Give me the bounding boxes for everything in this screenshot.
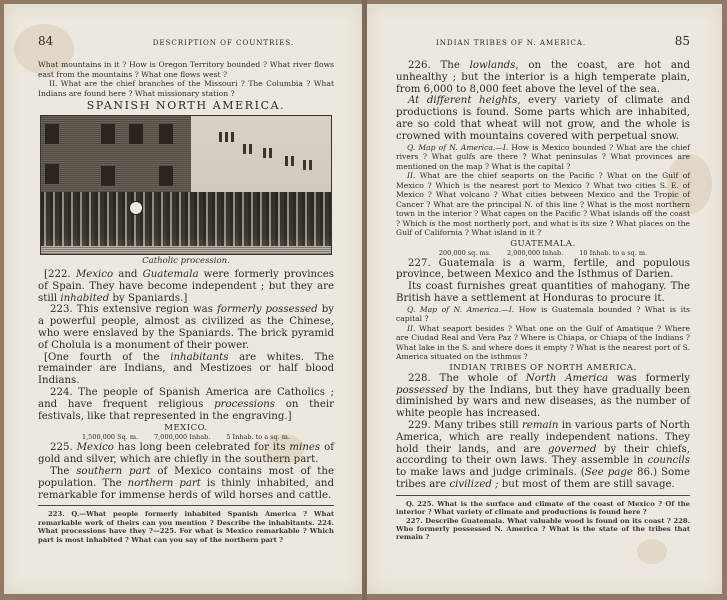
mexico-map-questions-1: Q. Map of N. America.—I. How is Mexico b…	[396, 143, 690, 172]
footnote-rule	[396, 495, 690, 496]
paragraph-229: 229. Many tribes still remain in various…	[396, 420, 690, 491]
paragraph-222: [222. Mexico and Guatemala were formerly…	[38, 269, 334, 304]
paragraph-225-continued: The southern part of Mexico contains mos…	[38, 466, 334, 501]
mexico-population: 7,000,000 Inhab.	[154, 433, 210, 442]
footnote-questions-1: Q. 225. What is the surface and climate …	[396, 500, 690, 517]
paragraph-226: 226. The lowlands, on the coast, are hot…	[396, 60, 690, 95]
engraving-caption: Catholic procession.	[38, 256, 334, 266]
mexico-stats: 1,500,000 Sq. m. 7,000,000 Inhab. 5 Inha…	[38, 433, 334, 442]
footnote-rule	[38, 505, 334, 506]
guatemala-map-questions-1: Q. Map of N. America.—I. How is Guatemal…	[396, 305, 690, 324]
paragraph-224: 224. The people of Spanish America are C…	[38, 387, 334, 422]
section-title: SPANISH NORTH AMERICA.	[38, 99, 334, 112]
left-page: 84 DESCRIPTION OF COUNTRIES. What mounta…	[4, 4, 362, 594]
intro-question: What mountains in it ? How is Oregon Ter…	[38, 60, 334, 79]
indian-tribes-title: INDIAN TRIBES OF NORTH AMERICA.	[396, 363, 690, 373]
mexico-title: MEXICO.	[38, 423, 334, 433]
guatemala-map-questions-2: II. What seaport besides ? What one on t…	[396, 324, 690, 362]
engraving-crowd	[41, 192, 331, 254]
guatemala-stats: 200,000 sq. ms. 2,000,000 Inhab. 10 Inha…	[396, 249, 690, 258]
guatemala-title: GUATEMALA.	[396, 239, 690, 249]
footnote-questions: 223. Q.—What people formerly inhabited S…	[38, 510, 334, 544]
paper-stain	[637, 539, 667, 564]
page-number: 84	[38, 34, 53, 48]
paragraph-227-continued: Its coast furnishes great quantities of …	[396, 281, 690, 305]
running-head-title: DESCRIPTION OF COUNTRIES.	[153, 38, 294, 47]
page-number: 85	[675, 34, 690, 48]
guatemala-density: 10 Inhab. to a sq. m.	[579, 249, 647, 258]
paragraph-226-continued: At different heights, every variety of c…	[396, 95, 690, 142]
guatemala-area: 200,000 sq. ms.	[439, 249, 491, 258]
running-head: INDIAN TRIBES OF N. AMERICA. 85	[396, 34, 690, 48]
engraving-street-buildings	[191, 116, 332, 204]
mexico-map-questions-2: II. What are the chief seaports on the P…	[396, 171, 690, 238]
running-head-title: INDIAN TRIBES OF N. AMERICA.	[436, 38, 586, 47]
engraving-ground	[41, 246, 331, 254]
footnote-questions-2: 227. Describe Guatemala. What valuable w…	[396, 517, 690, 542]
intro-question: II. What are the chief branches of the M…	[38, 79, 334, 98]
paragraph-inhabitants: [One fourth of the inhabitants are white…	[38, 352, 334, 387]
paragraph-227: 227. Guatemala is a warm, fertile, and p…	[396, 258, 690, 282]
paragraph-228: 228. The whole of North America was form…	[396, 373, 690, 420]
engraving-building	[41, 116, 191, 204]
paragraph-225: 225. Mexico has long been celebrated for…	[38, 442, 334, 466]
paragraph-223: 223. This extensive region was formerly …	[38, 304, 334, 351]
right-page: INDIAN TRIBES OF N. AMERICA. 85 226. The…	[367, 4, 722, 594]
mexico-area: 1,500,000 Sq. m.	[82, 433, 138, 442]
engraving-drum	[129, 201, 143, 215]
guatemala-population: 2,000,000 Inhab.	[507, 249, 563, 258]
engraving-catholic-procession	[40, 115, 332, 255]
mexico-density: 5 Inhab. to a sq. m.	[226, 433, 290, 442]
running-head: 84 DESCRIPTION OF COUNTRIES.	[38, 34, 334, 48]
